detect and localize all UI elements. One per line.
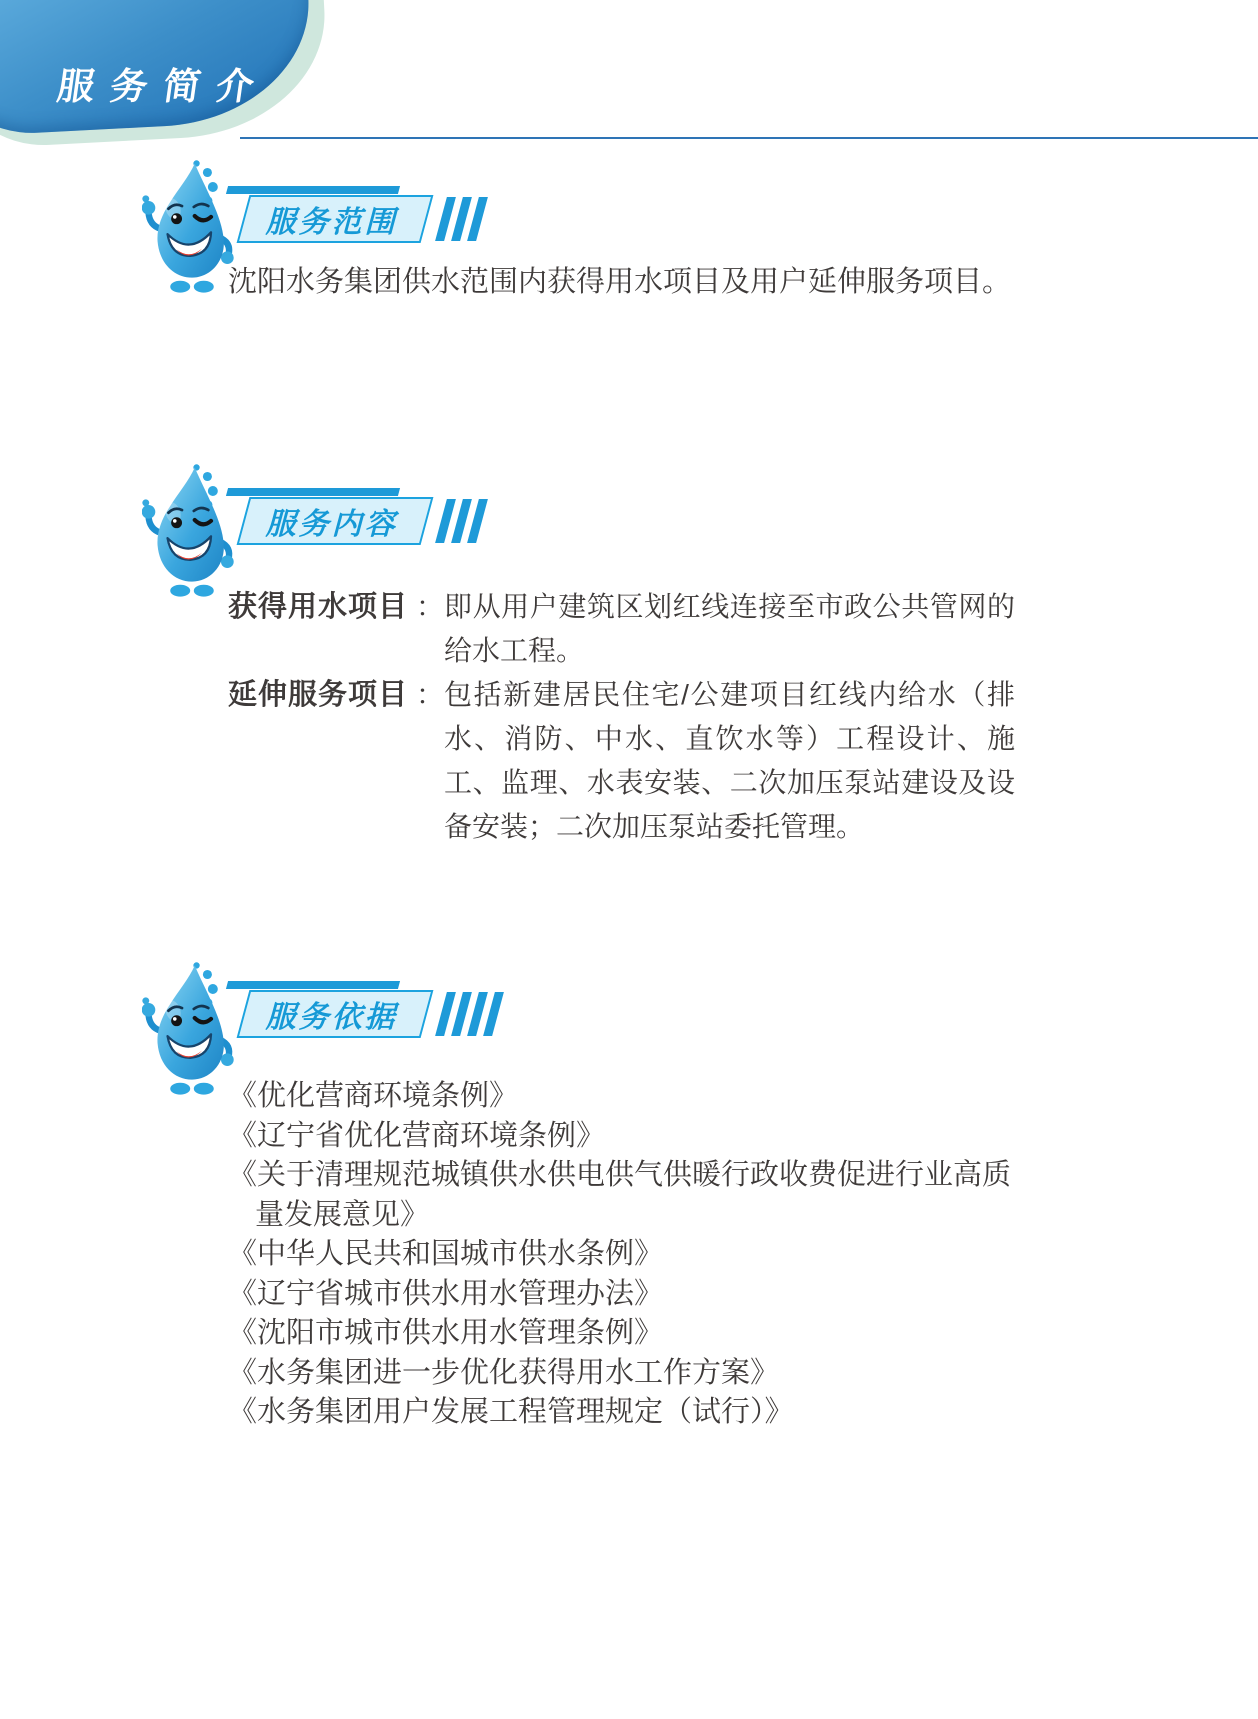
regulation-line: 《优化营商环境条例》 <box>228 1077 1011 1117</box>
banner-panel: 服务依据 <box>237 990 434 1038</box>
water-drop-mascot-icon <box>142 462 242 607</box>
service-scope-text: 沈阳水务集团供水范围内获得用水项目及用户延伸服务项目。 <box>228 262 1011 302</box>
definition-colon: ： <box>416 585 444 629</box>
definition-row: 获得用水项目 ： 即从用户建筑区划红线连接至市政公共管网的 给水工程。 <box>228 585 1028 673</box>
water-drop-mascot-icon <box>142 158 242 303</box>
page: 服务简介 服务范围 沈阳水务集团供水范围内获得用水项目及用户延伸服务项目。 服务… <box>0 0 1258 1719</box>
banner-stripes <box>441 992 498 1036</box>
section-title: 服务范围 <box>263 197 407 241</box>
definition-colon: ： <box>416 673 444 717</box>
section-service-scope: 服务范围 沈阳水务集团供水范围内获得用水项目及用户延伸服务项目。 <box>0 150 1258 440</box>
section-service-basis: 服务依据 《优化营商环境条例》 《辽宁省优化营商环境条例》 《关于清理规范城镇供… <box>0 948 1258 1468</box>
definition-row: 延伸服务项目 ： 包括新建居民住宅/公建项目红线内给水（排 水、消防、中水、直饮… <box>228 673 1028 849</box>
regulation-line: 《关于清理规范城镇供水供电供气供暖行政收费促进行业高质 <box>228 1156 1011 1196</box>
banner-strip <box>226 981 400 989</box>
definition-text: 包括新建居民住宅/公建项目红线内给水（排 水、消防、中水、直饮水等）工程设计、施… <box>444 673 1015 849</box>
definition-term: 获得用水项目 <box>228 585 416 629</box>
definition-text-line: 给水工程。 <box>444 629 1015 673</box>
banner-strip <box>226 488 400 496</box>
definition-text-line: 水、消防、中水、直饮水等）工程设计、施 <box>444 717 1015 761</box>
service-content-definitions: 获得用水项目 ： 即从用户建筑区划红线连接至市政公共管网的 给水工程。 延伸服务… <box>228 585 1028 849</box>
header-rule <box>240 137 1258 139</box>
banner-panel: 服务内容 <box>237 497 434 545</box>
regulation-line: 量发展意见》 <box>228 1196 1011 1236</box>
definition-text-line: 即从用户建筑区划红线连接至市政公共管网的 <box>444 585 1015 629</box>
regulation-line: 《辽宁省城市供水用水管理办法》 <box>228 1275 1011 1315</box>
definition-text: 即从用户建筑区划红线连接至市政公共管网的 给水工程。 <box>444 585 1015 673</box>
regulation-line: 《辽宁省优化营商环境条例》 <box>228 1117 1011 1157</box>
regulation-line: 《沈阳市城市供水用水管理条例》 <box>228 1314 1011 1354</box>
definition-term: 延伸服务项目 <box>228 673 416 717</box>
water-drop-mascot-icon <box>142 960 242 1105</box>
banner-strip <box>226 186 400 194</box>
definition-text-line: 备安装；二次加压泵站委托管理。 <box>444 805 1015 849</box>
regulation-line: 《水务集团进一步优化获得用水工作方案》 <box>228 1354 1011 1394</box>
regulation-line: 《水务集团用户发展工程管理规定（试行）》 <box>228 1393 1011 1433</box>
regulation-list: 《优化营商环境条例》 《辽宁省优化营商环境条例》 《关于清理规范城镇供水供电供气… <box>228 1077 1011 1433</box>
definition-text-line: 包括新建居民住宅/公建项目红线内给水（排 <box>444 673 1015 717</box>
page-title: 服务简介 <box>54 56 274 110</box>
section-service-content: 服务内容 获得用水项目 ： 即从用户建筑区划红线连接至市政公共管网的 给水工程。… <box>0 440 1258 940</box>
banner-panel: 服务范围 <box>237 195 434 243</box>
section-title: 服务依据 <box>263 992 407 1036</box>
regulation-line: 《中华人民共和国城市供水条例》 <box>228 1235 1011 1275</box>
section-title: 服务内容 <box>263 499 407 543</box>
banner-stripes <box>441 499 482 543</box>
definition-text-line: 工、监理、水表安装、二次加压泵站建设及设 <box>444 761 1015 805</box>
banner-stripes <box>441 197 482 241</box>
